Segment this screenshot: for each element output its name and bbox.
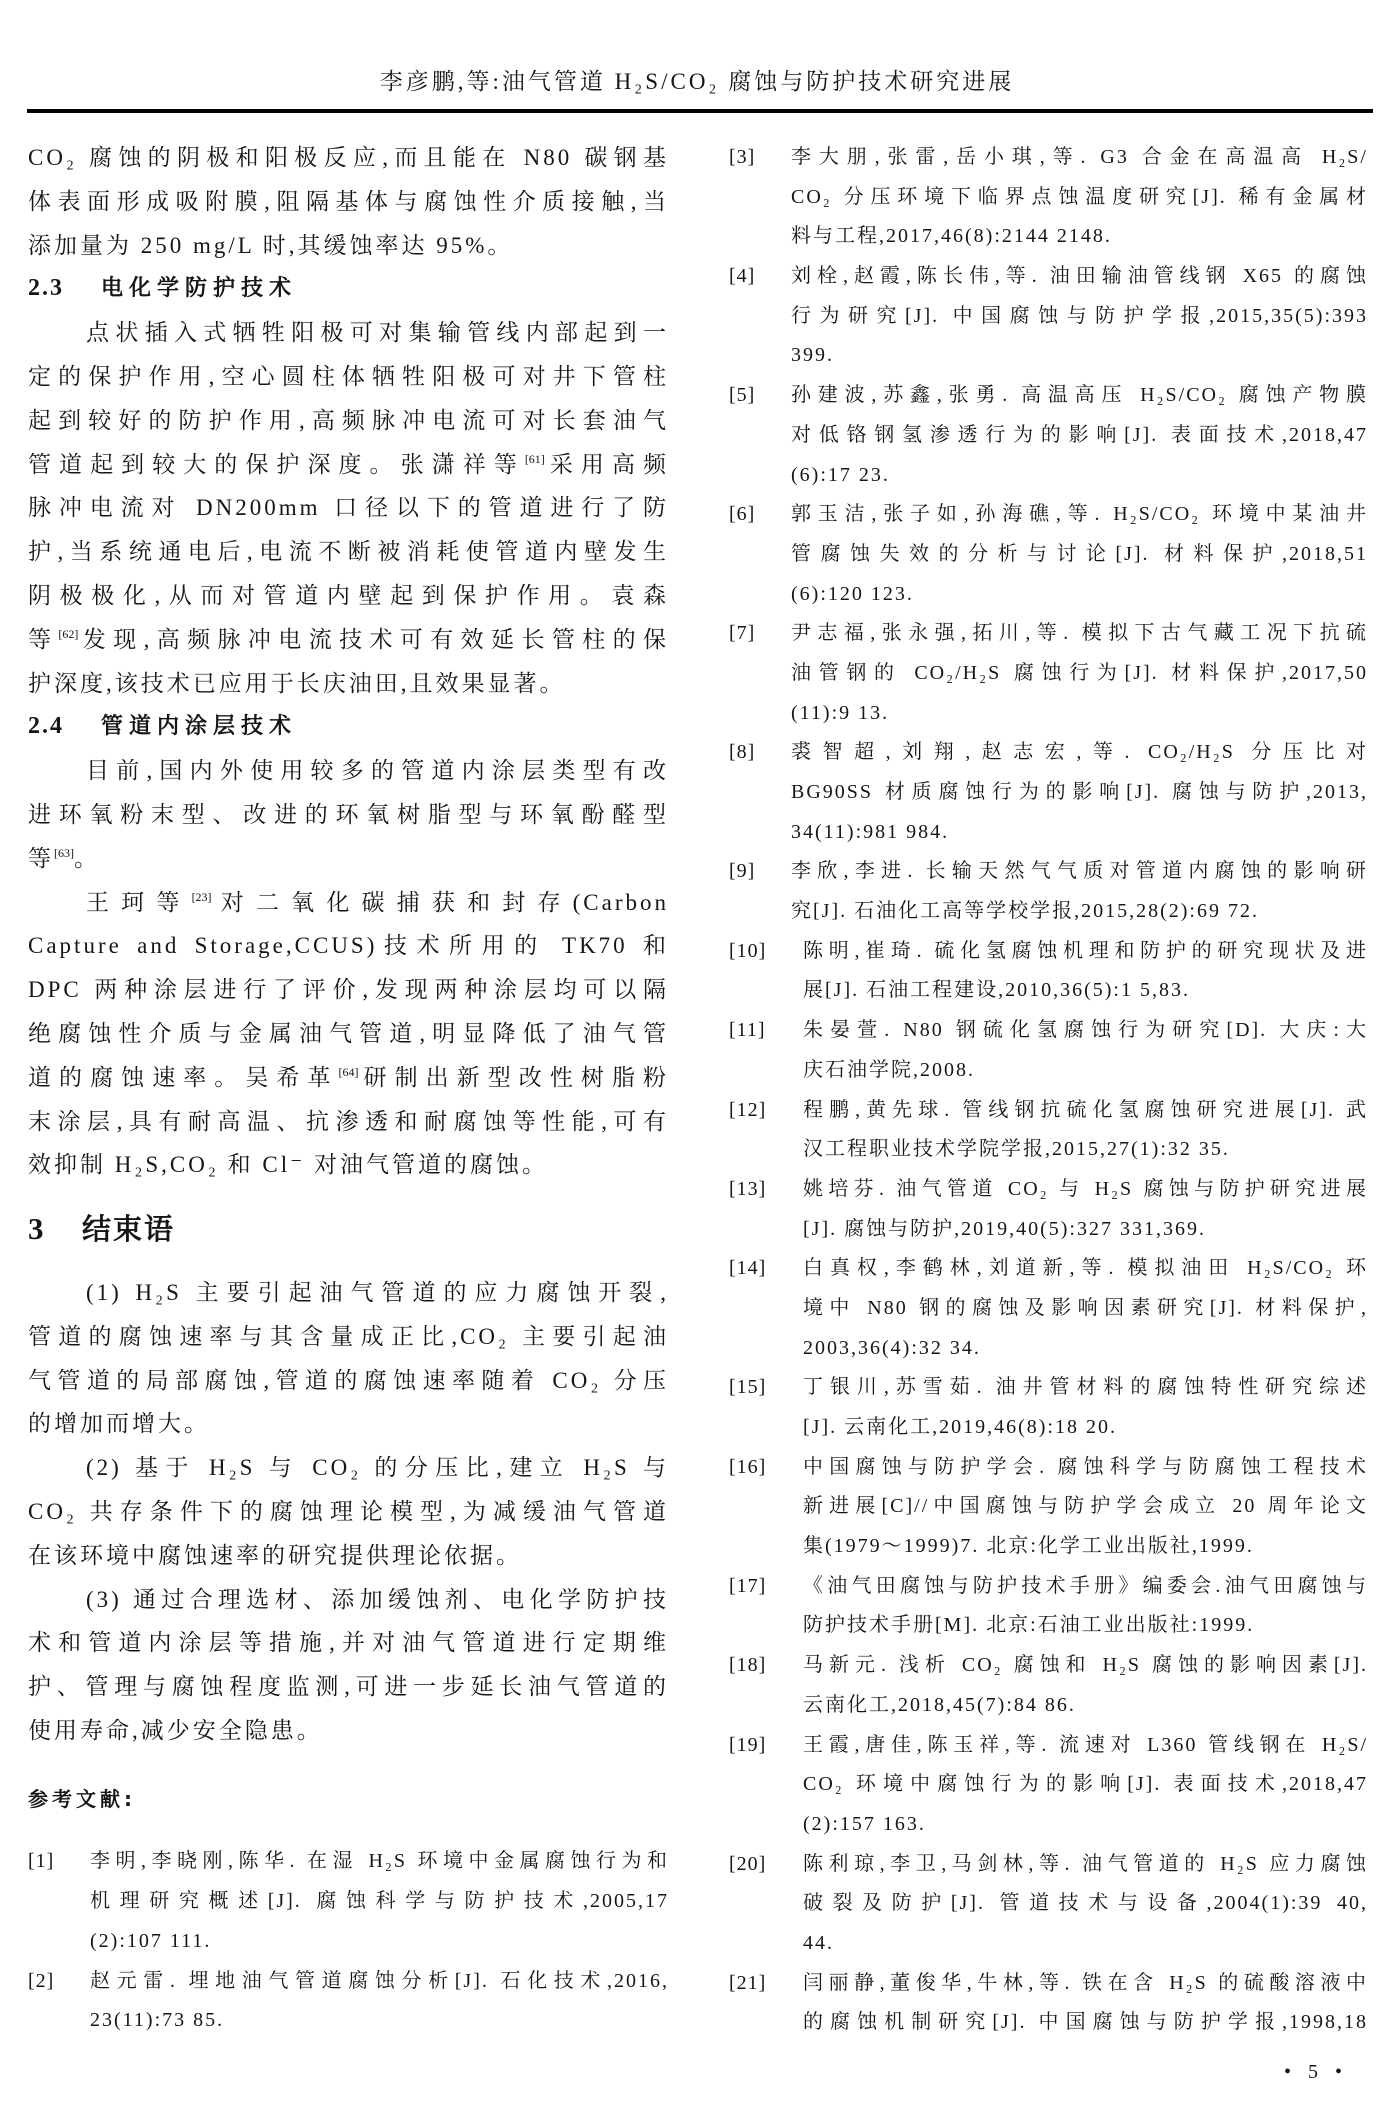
reference-item: [1]李明,李晓刚,陈华. 在湿 H₂S 环境中金属腐蚀行为和机理研究概述[J]… [28,1842,669,1961]
text-line: 机理研究概述[J]. 腐蚀科学与防护技术,2005,17 [28,1882,669,1922]
text-line: 程鹏,黄先球. 管线钢抗硫化氢腐蚀研究进展[J]. 武 [729,1091,1368,1131]
text-line: 2003,36(4):32 34. [729,1329,1368,1369]
section-title: 结束语 [82,1212,175,1246]
text-line: 赵元雷. 埋地油气管道腐蚀分析[J]. 石化技术,2016, [28,1962,669,2002]
text-line: 添加量为 250 mg/L 时,其缓蚀率达 95%。 [28,224,669,268]
paragraph: 目前,国内外使用较多的管道内涂层类型有改进环氧粉末型、改进的环氧树脂型与环氧酚醛… [28,749,669,880]
text-line: 朱晏萱. N80 钢硫化氢腐蚀行为研究[D]. 大庆:大 [729,1011,1368,1051]
reference-item: [3]李大朋,张雷,岳小琪,等. G3 合金在高温高 H₂S/CO₂ 分压环境下… [729,138,1368,257]
text-line: 对低铬钢氢渗透行为的影响[J]. 表面技术,2018,47 [729,416,1368,456]
text-line: 姚培芬. 油气管道 CO₂ 与 H₂S 腐蚀与防护研究进展 [729,1170,1368,1210]
text-line: 目前,国内外使用较多的管道内涂层类型有改 [28,749,669,793]
citation-superscript: [23] [192,890,212,904]
text-line: 的增加而增大。 [28,1402,669,1446]
text-line: (6):17 23. [729,456,1368,496]
reference-item: [15]丁银川,苏雪茹. 油井管材料的腐蚀特性研究综述[J]. 云南化工,201… [729,1368,1368,1447]
reference-label: [21] [729,1964,766,2004]
text-line: 34(11):981 984. [729,813,1368,853]
reference-label: [15] [729,1368,766,1408]
text-line: (6):120 123. [729,575,1368,615]
text-line: 在该环境中腐蚀速率的研究提供理论依据。 [28,1534,669,1578]
text-line: CO₂ 环境中腐蚀行为的影响[J]. 表面技术,2018,47 [729,1765,1368,1805]
text-line: 399. [729,336,1368,376]
text-line: 究[J]. 石油化工高等学校学报,2015,28(2):69 72. [729,892,1368,932]
citation-superscript: [62] [58,627,78,641]
text-line: 丁银川,苏雪茹. 油井管材料的腐蚀特性研究综述 [729,1368,1368,1408]
text-line: 效抑制 H₂S,CO₂ 和 Cl⁻ 对油气管道的腐蚀。 [28,1143,669,1187]
reference-item: [2]赵元雷. 埋地油气管道腐蚀分析[J]. 石化技术,2016,23(11):… [28,1962,669,2041]
text-line: 李大朋,张雷,岳小琪,等. G3 合金在高温高 H₂S/ [729,138,1368,178]
text-line: 展[J]. 石油工程建设,2010,36(5):1 5,83. [729,971,1368,1011]
text-line: 阴极极化,从而对管道内壁起到保护作用。袁森 [28,574,669,618]
text-line: 定的保护作用,空心圆柱体牺牲阳极可对井下管柱 [28,355,669,399]
right-column: [3]李大朋,张雷,岳小琪,等. G3 合金在高温高 H₂S/CO₂ 分压环境下… [729,138,1368,2043]
reference-item: [5]孙建波,苏鑫,张勇. 高温高压 H₂S/CO₂ 腐蚀产物膜对低铬钢氢渗透行… [729,376,1368,495]
reference-item: [14]白真权,李鹤林,刘道新,等. 模拟油田 H₂S/CO₂ 环境中 N80 … [729,1249,1368,1368]
paragraph: (3) 通过合理选材、添加缓蚀剂、电化学防护技术和管道内涂层等措施,并对油气管道… [28,1578,669,1753]
text-line: Capture and Storage,CCUS)技术所用的 TK70 和 [28,924,669,968]
header-rule [27,109,1373,113]
text-line: 绝腐蚀性介质与金属油气管道,明显降低了油气管 [28,1012,669,1056]
reference-label: [18] [729,1646,766,1686]
text-line: 护、管理与腐蚀程度监测,可进一步延长油气管道的 [28,1665,669,1709]
text-run: 王珂等 [86,890,192,915]
text-line: (2) 基于 H₂S 与 CO₂ 的分压比,建立 H₂S 与 [28,1446,669,1490]
text-run: 道的腐蚀速率。吴希革 [28,1065,339,1090]
paragraph: (2) 基于 H₂S 与 CO₂ 的分压比,建立 H₂S 与CO₂ 共存条件下的… [28,1446,669,1577]
section-number: 3 [28,1207,82,1251]
paragraph: 点状插入式牺牲阳极可对集输管线内部起到一定的保护作用,空心圆柱体牺牲阳极可对井下… [28,311,669,705]
text-line: 李欣,李进. 长输天然气气质对管道内腐蚀的影响研 [729,852,1368,892]
reference-item: [12]程鹏,黄先球. 管线钢抗硫化氢腐蚀研究进展[J]. 武汉工程职业技术学院… [729,1091,1368,1170]
text-line: 境中 N80 钢的腐蚀及影响因素研究[J]. 材料保护, [729,1289,1368,1329]
text-line: 44. [729,1924,1368,1964]
text-line: 王珂等[23]对二氧化碳捕获和封存(Carbon [28,881,669,925]
text-line: 护,当系统通电后,电流不断被消耗使管道内壁发生 [28,530,669,574]
reference-item: [10]陈明,崔琦. 硫化氢腐蚀机理和防护的研究现状及进展[J]. 石油工程建设… [729,932,1368,1011]
text-line: 集(1979～1999)7. 北京:化学工业出版社,1999. [729,1527,1368,1567]
citation-superscript: [63] [54,846,74,860]
reference-item: [16]中国腐蚀与防护学会. 腐蚀科学与防腐蚀工程技术新进展[C]//中国腐蚀与… [729,1448,1368,1567]
text-line: 点状插入式牺牲阳极可对集输管线内部起到一 [28,311,669,355]
reference-label: [16] [729,1448,766,1488]
reference-label: [1] [28,1842,54,1882]
text-line: 刘栓,赵霞,陈长伟,等. 油田输油管线钢 X65 的腐蚀 [729,257,1368,297]
text-line: DPC 两种涂层进行了评价,发现两种涂层均可以隔 [28,968,669,1012]
reference-item: [11]朱晏萱. N80 钢硫化氢腐蚀行为研究[D]. 大庆:大庆石油学院,20… [729,1011,1368,1090]
reference-label: [17] [729,1567,766,1607]
text-line: CO₂ 分压环境下临界点蚀温度研究[J]. 稀有金属材 [729,178,1368,218]
text-line: 起到较好的防护作用,高频脉冲电流可对长套油气 [28,399,669,443]
text-line: (2):107 111. [28,1922,669,1962]
text-line: (2):157 163. [729,1805,1368,1845]
text-line: 等[62]发现,高频脉冲电流技术可有效延长管柱的保 [28,618,669,662]
text-line: 汉工程职业技术学院学报,2015,27(1):32 35. [729,1130,1368,1170]
text-line: 尹志福,张永强,拓川,等. 模拟下古气藏工况下抗硫 [729,614,1368,654]
text-line: 管道的腐蚀速率与其含量成正比,CO₂ 主要引起油 [28,1315,669,1359]
reference-item: [19]王霞,唐佳,陈玉祥,等. 流速对 L360 管线钢在 H₂S/CO₂ 环… [729,1726,1368,1845]
text-run: 。 [74,846,100,871]
reference-item: [8]裘智超,刘翔,赵志宏,等. CO₂/H₂S 分压比对BG90SS 材质腐蚀… [729,733,1368,852]
text-line: (1) H₂S 主要引起油气管道的应力腐蚀开裂, [28,1271,669,1315]
reference-item: [21]闫丽静,董俊华,牛林,等. 铁在含 H₂S 的硫酸溶液中的腐蚀机制研究[… [729,1964,1368,2043]
section-title: 电化学防护技术 [101,276,297,301]
text-line: 马新元. 浅析 CO₂ 腐蚀和 H₂S 腐蚀的影响因素[J]. [729,1646,1368,1686]
text-line: CO₂ 共存条件下的腐蚀理论模型,为减缓油气管道 [28,1490,669,1534]
reference-label: [4] [729,257,755,297]
text-line: (11):9 13. [729,694,1368,734]
text-line: CO₂ 腐蚀的阴极和阳极反应,而且能在 N80 碳钢基 [28,136,669,180]
text-line: 裘智超,刘翔,赵志宏,等. CO₂/H₂S 分压比对 [729,733,1368,773]
reference-item: [7]尹志福,张永强,拓川,等. 模拟下古气藏工况下抗硫油管钢的 CO₂/H₂S… [729,614,1368,733]
text-line: 末涂层,具有耐高温、抗渗透和耐腐蚀等性能,可有 [28,1100,669,1144]
reference-label: [7] [729,614,755,654]
paragraph: CO₂ 腐蚀的阴极和阳极反应,而且能在 N80 碳钢基体表面形成吸附膜,阻隔基体… [28,136,669,267]
reference-label: [2] [28,1962,54,2002]
section-number: 2.3 [28,267,101,311]
text-line: 等[63]。 [28,837,669,881]
text-line: BG90SS 材质腐蚀行为的影响[J]. 腐蚀与防护,2013, [729,773,1368,813]
text-run: 采用高频 [545,452,669,477]
text-line: 闫丽静,董俊华,牛林,等. 铁在含 H₂S 的硫酸溶液中 [729,1964,1368,2004]
reference-label: [13] [729,1170,766,1210]
text-line: 进环氧粉末型、改进的环氧树脂型与环氧酚醛型 [28,793,669,837]
left-column: CO₂ 腐蚀的阴极和阳极反应,而且能在 N80 碳钢基体表面形成吸附膜,阻隔基体… [28,136,669,2041]
reference-label: [11] [729,1011,766,1051]
text-run: 发现,高频脉冲电流技术可有效延长管柱的保 [78,627,669,652]
text-line: 云南化工,2018,45(7):84 86. [729,1686,1368,1726]
section-title: 管道内涂层技术 [101,714,297,739]
subsection-heading: 2.4管道内涂层技术 [28,705,669,749]
paragraph: 王珂等[23]对二氧化碳捕获和封存(CarbonCapture and Stor… [28,881,669,1188]
paragraph: (1) H₂S 主要引起油气管道的应力腐蚀开裂,管道的腐蚀速率与其含量成正比,C… [28,1271,669,1446]
reference-label: [8] [729,733,755,773]
text-line: 料与工程,2017,46(8):2144 2148. [729,217,1368,257]
citation-superscript: [61] [525,452,545,466]
text-line: 体表面形成吸附膜,阻隔基体与腐蚀性介质接触,当 [28,180,669,224]
text-line: [J]. 腐蚀与防护,2019,40(5):327 331,369. [729,1210,1368,1250]
text-run: 等 [28,627,58,652]
text-line: 管腐蚀失效的分析与讨论[J]. 材料保护,2018,51 [729,535,1368,575]
text-line: 防护技术手册[M]. 北京:石油工业出版社:1999. [729,1606,1368,1646]
reference-label: [19] [729,1726,766,1766]
text-line: 庆石油学院,2008. [729,1051,1368,1091]
text-line: 使用寿命,减少安全隐患。 [28,1709,669,1753]
text-run: 等 [28,846,54,871]
text-line: [J]. 云南化工,2019,46(8):18 20. [729,1408,1368,1448]
text-run: 管道起到较大的保护深度。张潇祥等 [28,452,525,477]
text-line: 孙建波,苏鑫,张勇. 高温高压 H₂S/CO₂ 腐蚀产物膜 [729,376,1368,416]
reference-label: [20] [729,1845,766,1885]
text-line: 郭玉洁,张子如,孙海礁,等. H₂S/CO₂ 环境中某油井 [729,495,1368,535]
citation-superscript: [64] [339,1065,359,1079]
text-line: 王霞,唐佳,陈玉祥,等. 流速对 L360 管线钢在 H₂S/ [729,1726,1368,1766]
text-run: 对二氧化碳捕获和封存(Carbon [212,890,669,915]
text-line: 23(11):73 85. [28,2001,669,2041]
text-line: 破裂及防护[J]. 管道技术与设备,2004(1):39 40, [729,1884,1368,1924]
section-heading: 3结束语 [28,1207,669,1251]
text-line: 中国腐蚀与防护学会. 腐蚀科学与防腐蚀工程技术 [729,1448,1368,1488]
text-line: 白真权,李鹤林,刘道新,等. 模拟油田 H₂S/CO₂ 环 [729,1249,1368,1289]
reference-item: [9]李欣,李进. 长输天然气气质对管道内腐蚀的影响研究[J]. 石油化工高等学… [729,852,1368,931]
page-number: • 5 • [1284,2060,1348,2084]
reference-item: [4]刘栓,赵霞,陈长伟,等. 油田输油管线钢 X65 的腐蚀行为研究[J]. … [729,257,1368,376]
reference-item: [13]姚培芬. 油气管道 CO₂ 与 H₂S 腐蚀与防护研究进展[J]. 腐蚀… [729,1170,1368,1249]
text-line: (3) 通过合理选材、添加缓蚀剂、电化学防护技 [28,1578,669,1622]
text-run: 研制出新型改性树脂粉 [359,1065,670,1090]
references-heading: 参考文献: [28,1778,669,1822]
journal-page: 李彦鹏,等:油气管道 H₂S/CO₂ 腐蚀与防护技术研究进展 CO₂ 腐蚀的阴极… [0,0,1394,2114]
subsection-heading: 2.3电化学防护技术 [28,267,669,311]
text-line: 油管钢的 CO₂/H₂S 腐蚀行为[J]. 材料保护,2017,50 [729,654,1368,694]
reference-item: [6]郭玉洁,张子如,孙海礁,等. H₂S/CO₂ 环境中某油井管腐蚀失效的分析… [729,495,1368,614]
reference-item: [18]马新元. 浅析 CO₂ 腐蚀和 H₂S 腐蚀的影响因素[J].云南化工,… [729,1646,1368,1725]
text-line: 脉冲电流对 DN200mm 口径以下的管道进行了防 [28,486,669,530]
reference-label: [12] [729,1091,766,1131]
reference-label: [9] [729,852,755,892]
running-title: 李彦鹏,等:油气管道 H₂S/CO₂ 腐蚀与防护技术研究进展 [0,68,1394,96]
text-line: 术和管道内涂层等措施,并对油气管道进行定期维 [28,1621,669,1665]
text-line: 的腐蚀机制研究[J]. 中国腐蚀与防护学报,1998,18 [729,2003,1368,2043]
text-line: 李明,李晓刚,陈华. 在湿 H₂S 环境中金属腐蚀行为和 [28,1842,669,1882]
reference-item: [17]《油气田腐蚀与防护技术手册》编委会.油气田腐蚀与防护技术手册[M]. 北… [729,1567,1368,1646]
text-line: 管道起到较大的保护深度。张潇祥等[61]采用高频 [28,443,669,487]
text-line: 《油气田腐蚀与防护技术手册》编委会.油气田腐蚀与 [729,1567,1368,1607]
text-line: 护深度,该技术已应用于长庆油田,且效果显著。 [28,662,669,706]
reference-label: [14] [729,1249,766,1289]
text-line: 气管道的局部腐蚀,管道的腐蚀速率随着 CO₂ 分压 [28,1359,669,1403]
text-line: 陈明,崔琦. 硫化氢腐蚀机理和防护的研究现状及进 [729,932,1368,972]
text-line: 道的腐蚀速率。吴希革[64]研制出新型改性树脂粉 [28,1056,669,1100]
text-line: 行为研究[J]. 中国腐蚀与防护学报,2015,35(5):393 [729,297,1368,337]
reference-label: [10] [729,932,766,972]
text-line: 陈利琼,李卫,马剑林,等. 油气管道的 H₂S 应力腐蚀 [729,1845,1368,1885]
reference-label: [3] [729,138,755,178]
section-number: 2.4 [28,705,101,749]
text-line: 新进展[C]//中国腐蚀与防护学会成立 20 周年论文 [729,1487,1368,1527]
reference-label: [5] [729,376,755,416]
reference-item: [20]陈利琼,李卫,马剑林,等. 油气管道的 H₂S 应力腐蚀破裂及防护[J]… [729,1845,1368,1964]
reference-label: [6] [729,495,755,535]
